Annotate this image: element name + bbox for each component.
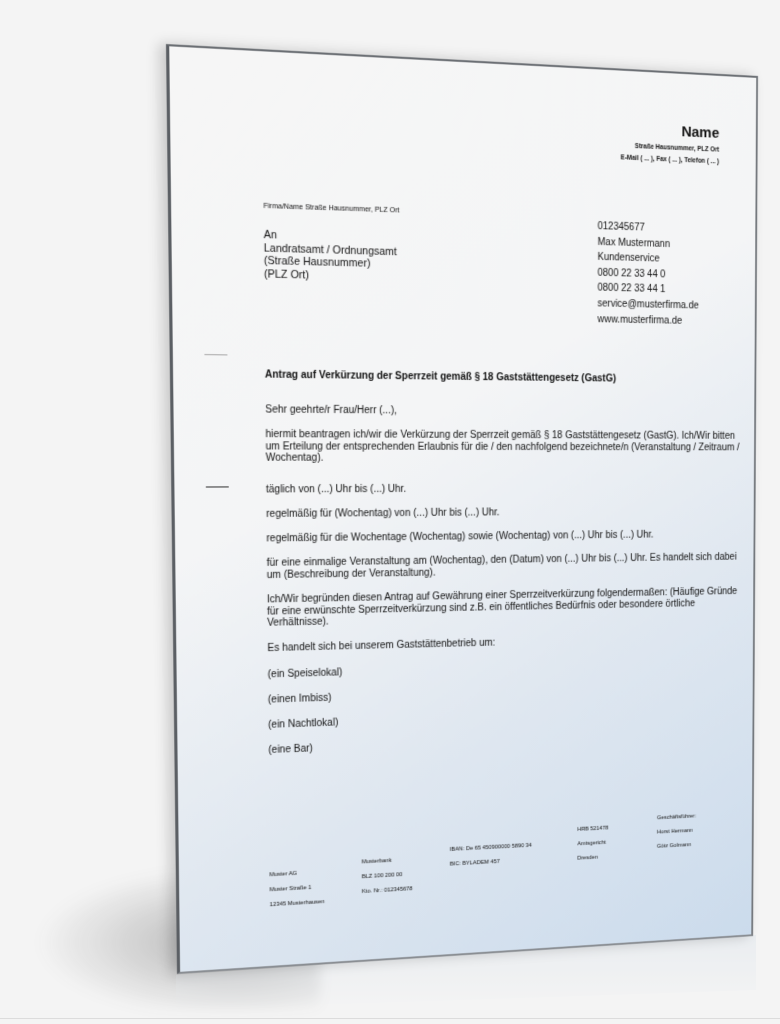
return-address: Firma/Name Straße Hausnummer, PLZ Ort [263, 203, 399, 215]
sender-name: Name [681, 123, 719, 141]
option-daily: täglich von (...) Uhr bis (...) Uhr. [266, 483, 748, 496]
business-type-item: (ein Nachtlokal) [268, 717, 338, 730]
letter-page: Name Straße Hausnummer, PLZ Ort E-Mail (… [166, 44, 758, 974]
recipient-line: (PLZ Ort) [264, 268, 397, 284]
business-type-item: (einen Imbiss) [268, 693, 332, 706]
footer-line: HRB 521478 [577, 822, 608, 838]
footer-company: Muster AG Muster Straße 1 12345 Musterha… [269, 865, 324, 913]
footer-line: BIC: BYLADEM 457 [450, 853, 532, 872]
sender-contact: E-Mail ( ... ), Fax ( ... ), Telefon ( .… [621, 154, 719, 165]
letter-subject: Antrag auf Verkürzung der Sperrzeit gemä… [265, 369, 616, 384]
business-intro: Es handelt sich bei unserem Gaststättenb… [267, 632, 746, 655]
footer-line: Dresden [577, 850, 608, 866]
footer-register: HRB 521478 Amtsgericht Dresden [577, 822, 608, 867]
footer-line: 12345 Musterhausen [270, 895, 325, 913]
option-weekdays: regelmäßig für die Wochentage (Wochentag… [266, 529, 747, 545]
footer-line: Götz Golmann [657, 838, 696, 854]
salutation: Sehr geehrte/r Frau/Herr (...), [265, 404, 748, 419]
footer-line: Kto. Nr.: 012345678 [362, 882, 413, 900]
option-single-event: für eine einmalige Veranstaltung am (Woc… [267, 552, 748, 581]
punch-mark [206, 486, 229, 487]
website: www.musterfirma.de [597, 312, 698, 329]
intro-paragraph: hiermit beantragen ich/wir die Verkürzun… [265, 429, 747, 464]
recipient-address: An Landratsamt / Ordnungsamt (Straße Hau… [264, 229, 397, 284]
footer-iban: IBAN: De 65 450900000 5890 34 BIC: BYLAD… [450, 839, 532, 872]
reason-paragraph: Ich/Wir begründen diesen Antrag auf Gewä… [267, 586, 747, 629]
contact-block: 012345677 Max Mustermann Kundenservice 0… [597, 219, 699, 329]
business-type-item: (eine Bar) [268, 743, 313, 756]
sender-address: Straße Hausnummer, PLZ Ort [635, 143, 719, 154]
footer-management: Geschäftsführer: Horst Hermann Götz Golm… [657, 810, 696, 855]
business-type-item: (ein Speiselokal) [268, 667, 343, 680]
divider [0, 1018, 780, 1019]
footer-line: Amtsgericht [577, 836, 608, 852]
email: service@musterfirma.de [598, 296, 699, 314]
footer-bank: Musterbank BLZ 100 200 00 Kto. Nr.: 0123… [362, 853, 413, 900]
option-weekday: regelmäßig für (Wochentag) von (...) Uhr… [266, 506, 747, 521]
fold-mark [204, 354, 227, 355]
